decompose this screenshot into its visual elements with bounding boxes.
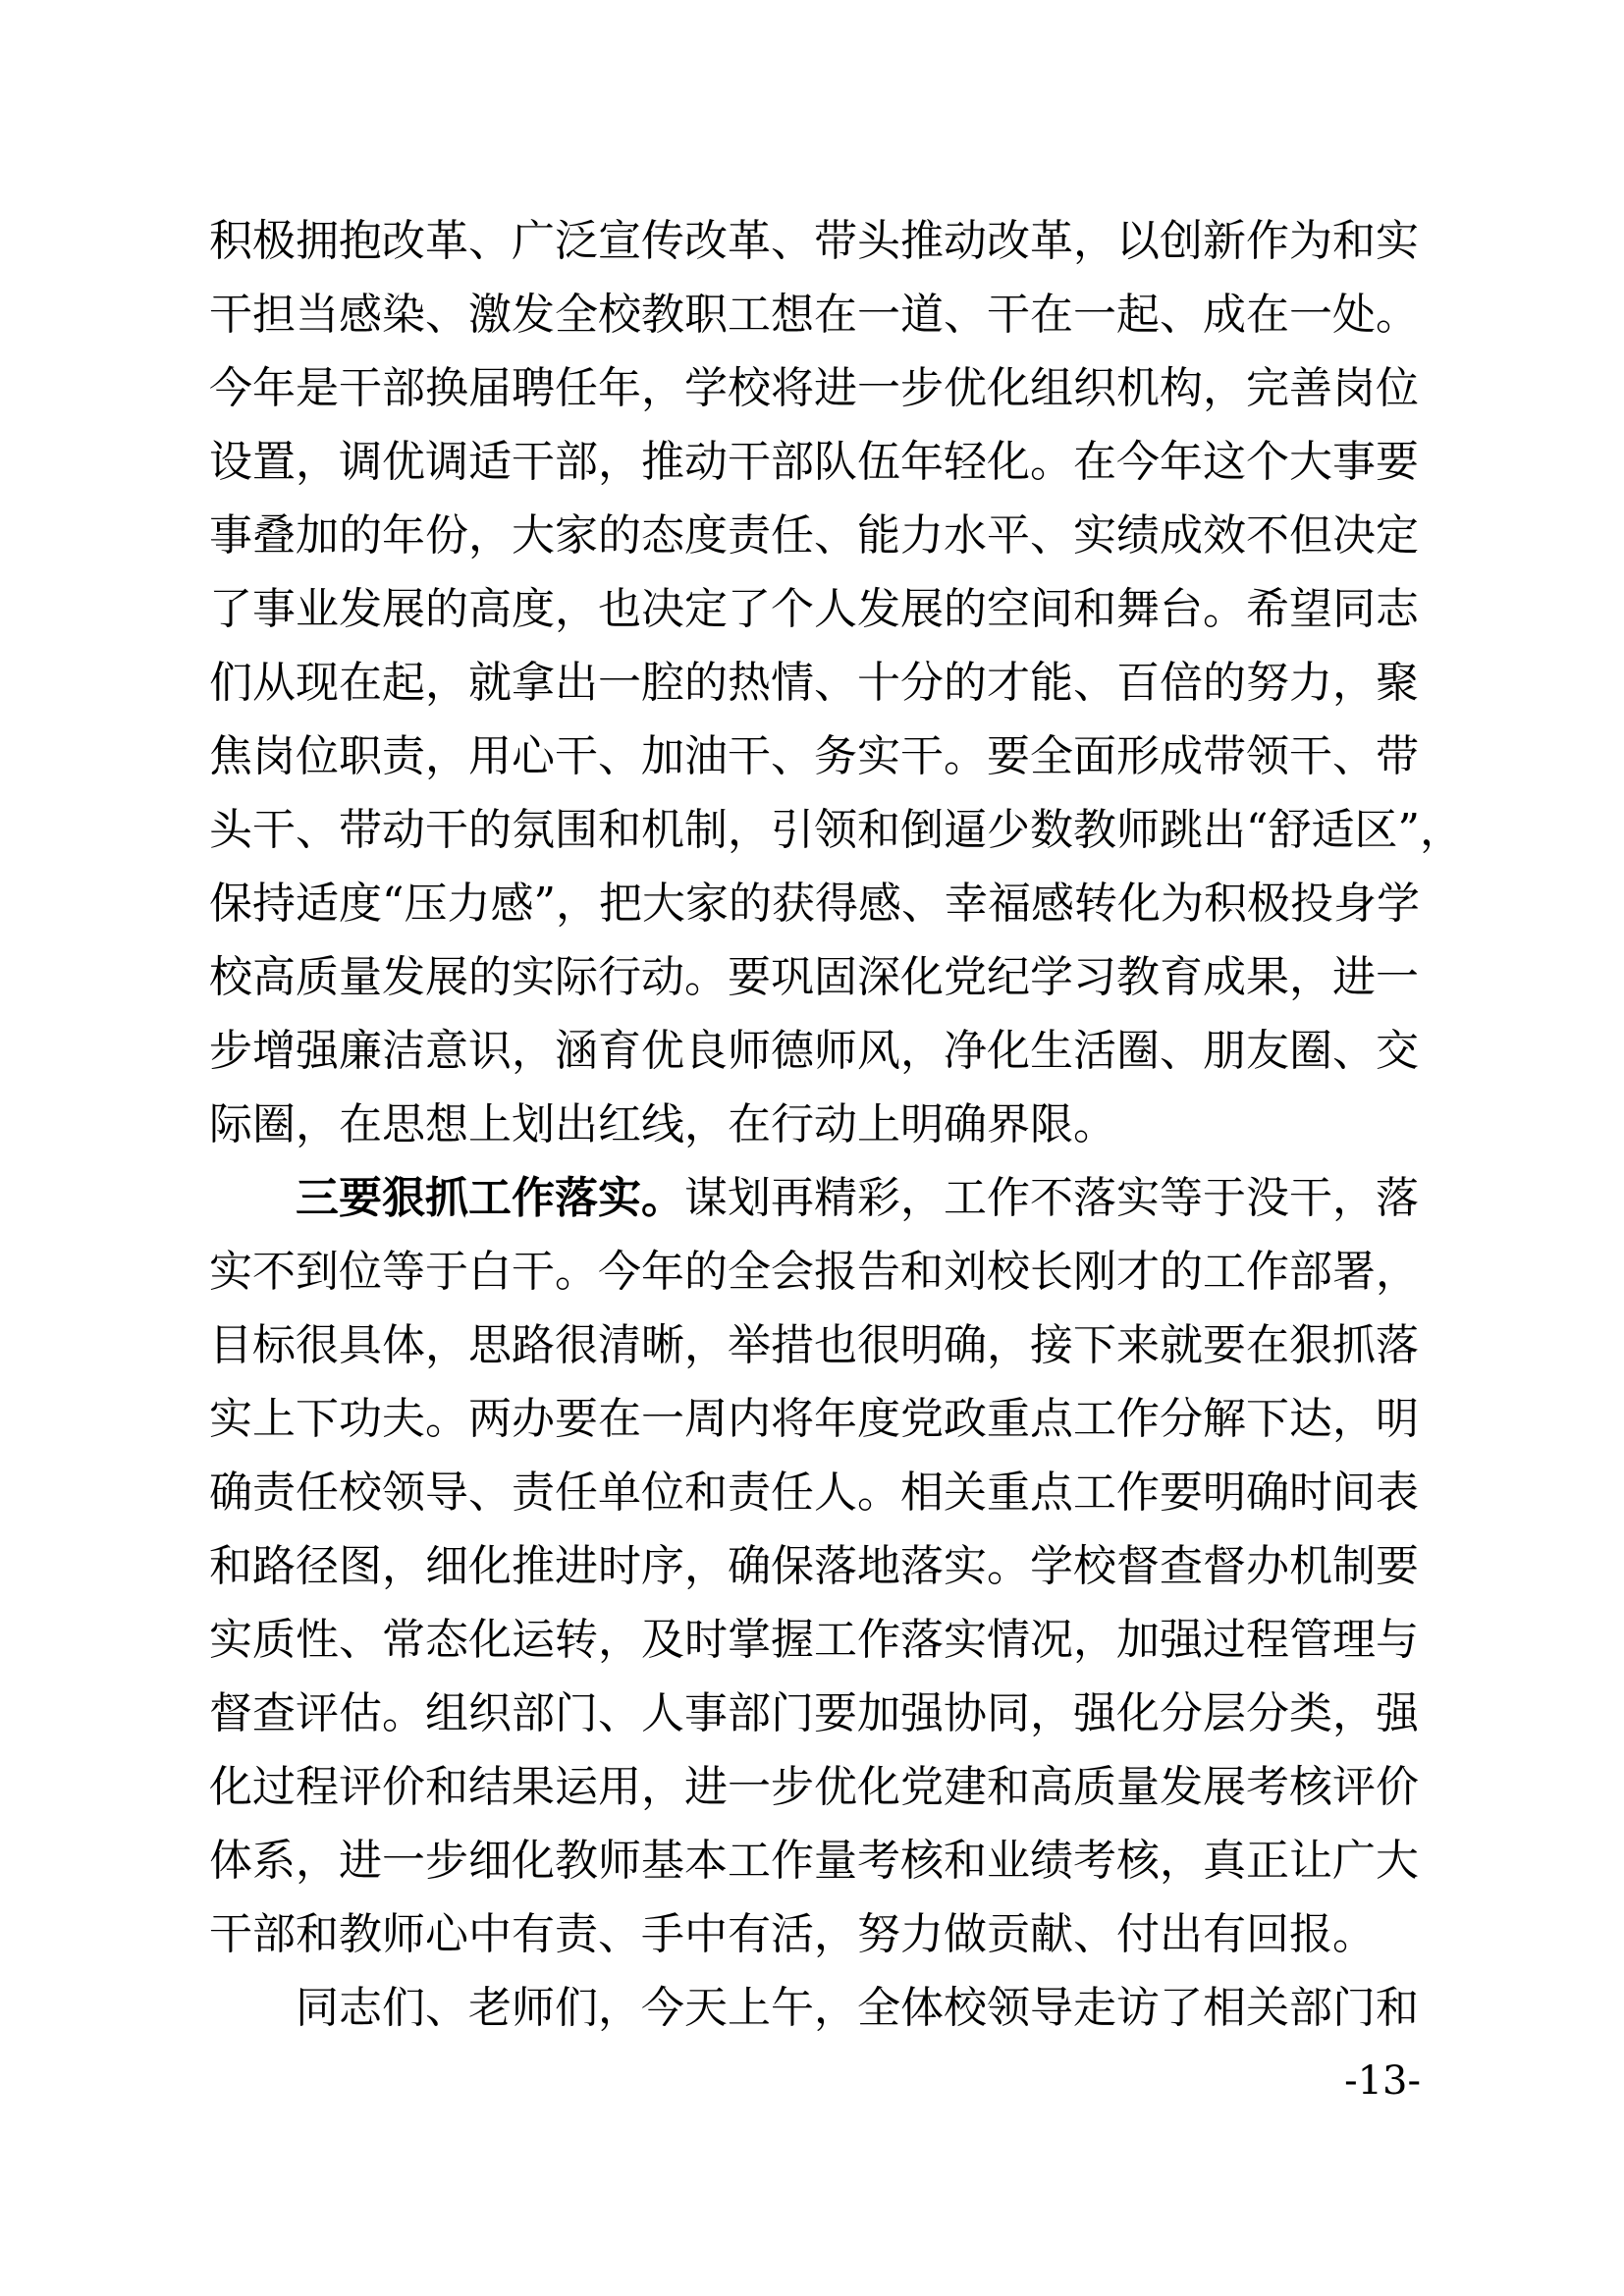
document-page: 积极拥抱改革、广泛宣传改革、带头推动改革，以创新作为和实干担当感染、激发全校教职… [0,0,1624,2296]
text-line: 校高质量发展的实际行动。要巩固深化党纪学习教育成果，进一 [209,940,1418,1014]
text-line: 设置，调优调适干部，推动干部队伍年轻化。在今年这个大事要 [209,425,1418,499]
text-line: 焦岗位职责，用心干、加油干、务实干。要全面形成带领干、带 [209,720,1418,793]
text-line: 实上下功夫。两办要在一周内将年度党政重点工作分解下达，明 [209,1382,1418,1456]
text-line: 和路径图，细化推进时序，确保落地落实。学校督查督办机制要 [209,1529,1418,1603]
text-line: 保持适度“压力感”，把大家的获得感、幸福感转化为积极投身学 [209,867,1418,940]
text-line: 体系，进一步细化教师基本工作量考核和业绩考核，真正让广大 [209,1824,1418,1897]
document-body: 积极拥抱改革、广泛宣传改革、带头推动改革，以创新作为和实干担当感染、激发全校教职… [209,204,1418,2045]
text-line: 实不到位等于白干。今年的全会报告和刘校长刚才的工作部署， [209,1235,1418,1308]
text-line: 头干、带动干的氛围和机制，引领和倒逼少数教师跳出“舒适区”， [209,793,1418,867]
text-line: 实质性、常态化运转，及时掌握工作落实情况，加强过程管理与 [209,1603,1418,1677]
text-line: 事叠加的年份，大家的态度责任、能力水平、实绩成效不但决定 [209,499,1418,572]
text-line: 了事业发展的高度，也决定了个人发展的空间和舞台。希望同志 [209,572,1418,646]
page-number: -13- [1344,2057,1421,2105]
text-line: 三要狠抓工作落实。谋划再精彩，工作不落实等于没干，落 [209,1161,1418,1235]
text-line: 干部和教师心中有责、手中有活，努力做贡献、付出有回报。 [209,1897,1418,1971]
text-line: 步增强廉洁意识，涵育优良师德师风，净化生活圈、朋友圈、交 [209,1014,1418,1088]
text-line: 们从现在起，就拿出一腔的热情、十分的才能、百倍的努力，聚 [209,646,1418,720]
text-line: 督查评估。组织部门、人事部门要加强协同，强化分层分类，强 [209,1677,1418,1750]
text-line: 干担当感染、激发全校教职工想在一道、干在一起、成在一处。 [209,278,1418,351]
text-line: 积极拥抱改革、广泛宣传改革、带头推动改革，以创新作为和实 [209,204,1418,278]
text-line: 际圈，在思想上划出红线，在行动上明确界限。 [209,1088,1418,1161]
text-line: 目标很具体，思路很清晰，举措也很明确，接下来就要在狠抓落 [209,1308,1418,1382]
text-line: 今年是干部换届聘任年，学校将进一步优化组织机构，完善岗位 [209,351,1418,425]
text-line: 同志们、老师们，今天上午，全体校领导走访了相关部门和 [209,1971,1418,2045]
text-line: 确责任校领导、责任单位和责任人。相关重点工作要明确时间表 [209,1456,1418,1529]
paragraph-heading: 三要狠抓工作落实。 [296,1173,684,1223]
text-line: 化过程评价和结果运用，进一步优化党建和高质量发展考核评价 [209,1750,1418,1824]
